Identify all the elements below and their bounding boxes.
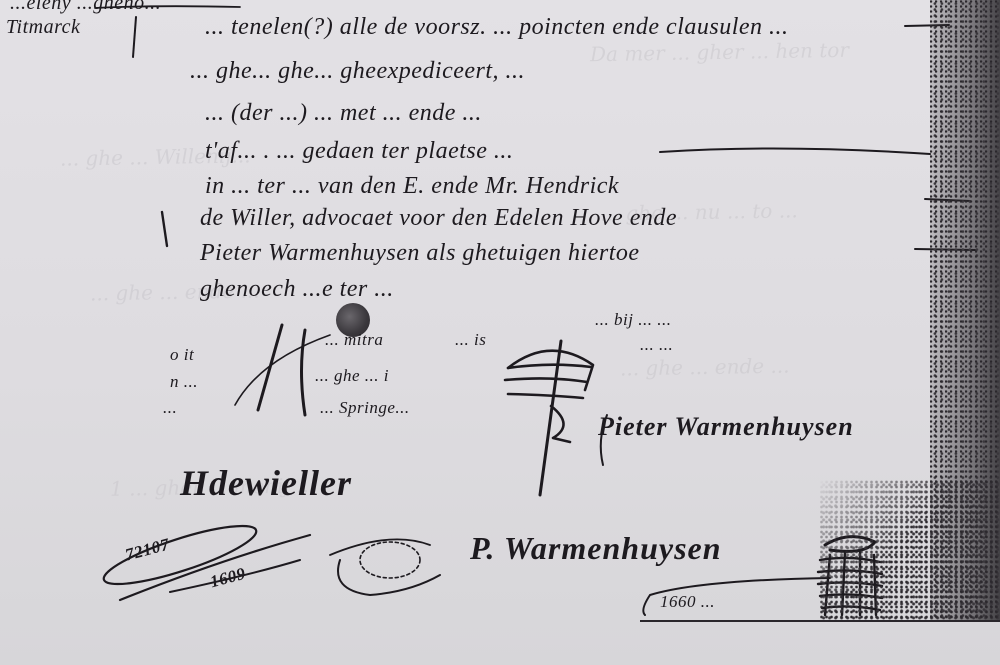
strikethrough-line — [95, 5, 245, 13]
signature-pieter-warmenhuysen: Pieter Warmenhuysen — [598, 412, 854, 442]
lower-note: ... Springe... — [320, 398, 410, 418]
mark-label: ... is — [455, 330, 486, 350]
bleed-through-text: Da mer ... gher ... hen tor — [590, 38, 849, 67]
margin-bracket-line — [130, 15, 140, 60]
note-prefix: n ... — [170, 372, 198, 392]
photocopy-dark-corner — [820, 480, 1000, 622]
house-mark-icon — [505, 340, 600, 500]
margin-bracket-line — [160, 210, 170, 250]
page-bottom-edge — [640, 620, 1000, 622]
flourish-stroke — [595, 410, 615, 470]
line-filler-dash — [660, 140, 940, 160]
body-line: ... ghe... ghe... gheexpediceert, ... — [190, 58, 525, 85]
mark-note-line1: ... bij ... ... — [595, 310, 671, 330]
note-prefix: ... — [163, 398, 177, 418]
mark-note-line2: ... ... — [640, 335, 673, 355]
lower-note: ... ghe ... i — [315, 366, 389, 386]
flourish-stroke — [230, 320, 320, 420]
body-line: t'af... . ... gedaen ter plaetse ... — [205, 138, 513, 165]
signature-notary: Hdewieller — [180, 462, 352, 504]
signature-warmenhuysen: P. Warmenhuysen — [470, 530, 722, 567]
body-line: de Willer, advocaet voor den Edelen Hove… — [200, 205, 677, 232]
bleed-through-text: ... ghe ... ende ... — [620, 354, 790, 381]
body-line: ghenoech ...e ter ... — [200, 276, 394, 303]
margin-note: Titmarck — [6, 16, 80, 39]
body-line: Pieter Warmenhuysen als ghetuigen hierto… — [200, 240, 640, 267]
document-page: Da mer ... gher ... hen tor ... ghe ... … — [0, 0, 1000, 665]
note-prefix: o it — [170, 345, 194, 365]
body-line: ... (der ...) ... met ... ende ... — [205, 100, 482, 127]
body-line: ... tenelen(?) alle de voorsz. ... poinc… — [205, 14, 789, 41]
body-line: in ... ter ... van den E. ende Mr. Hendr… — [205, 173, 619, 200]
lower-note: ... mitra — [325, 330, 383, 350]
loop-flourish — [330, 520, 460, 600]
